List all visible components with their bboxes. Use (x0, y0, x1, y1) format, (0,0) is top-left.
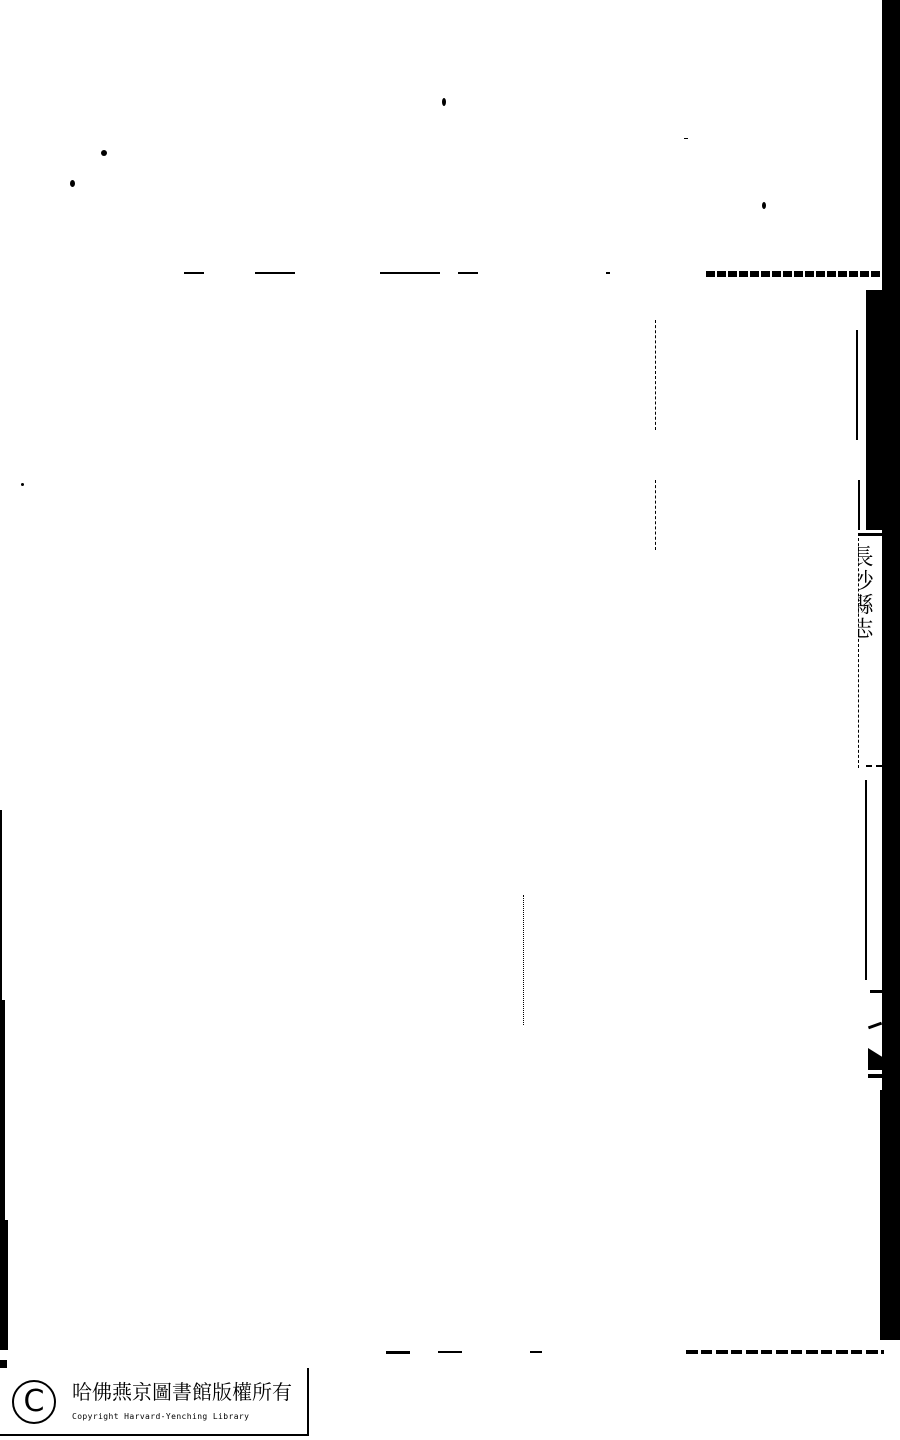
column-guide (655, 480, 657, 550)
ink-speck (684, 138, 688, 139)
vertical-title: 長沙縣志 (858, 545, 882, 760)
column-guide (655, 320, 657, 430)
border-fragment (438, 1351, 462, 1353)
border-fragment (386, 1351, 410, 1354)
ink-speck (21, 483, 24, 486)
frame-line (856, 330, 858, 440)
copyright-stamp: C 哈佛燕京圖書館版權所有 Copyright Harvard-Yenching… (0, 1368, 309, 1436)
page-left-edge (0, 1220, 8, 1350)
copyright-icon: C (12, 1380, 56, 1424)
border-fragment (255, 272, 295, 274)
border-fragment (458, 272, 478, 274)
border-fragment (530, 1351, 542, 1353)
copyright-text-english: Copyright Harvard-Yenching Library (72, 1412, 249, 1421)
border-fragment (606, 272, 610, 274)
column-guide (523, 895, 525, 1025)
ink-speck (762, 202, 766, 209)
bottom-frame-rule (686, 1350, 884, 1354)
volume-label-fragment (868, 990, 882, 1085)
scanned-page: 長沙縣志 C 哈佛燕京圖書館版權所有 Copyright Harvard-Yen… (0, 0, 900, 1440)
title-divider (866, 765, 882, 769)
spine-label-strip (866, 290, 882, 530)
border-fragment (380, 272, 440, 274)
top-frame-rule (706, 271, 882, 277)
frame-line (865, 780, 867, 980)
frame-line (858, 480, 860, 530)
book-spine-edge (880, 1090, 900, 1340)
stamp-corner-mark (0, 1360, 7, 1368)
ink-speck (442, 98, 446, 106)
ink-speck (101, 150, 107, 156)
ink-speck (70, 180, 75, 187)
copyright-text-chinese: 哈佛燕京圖書館版權所有 (72, 1376, 292, 1405)
border-fragment (184, 272, 204, 274)
